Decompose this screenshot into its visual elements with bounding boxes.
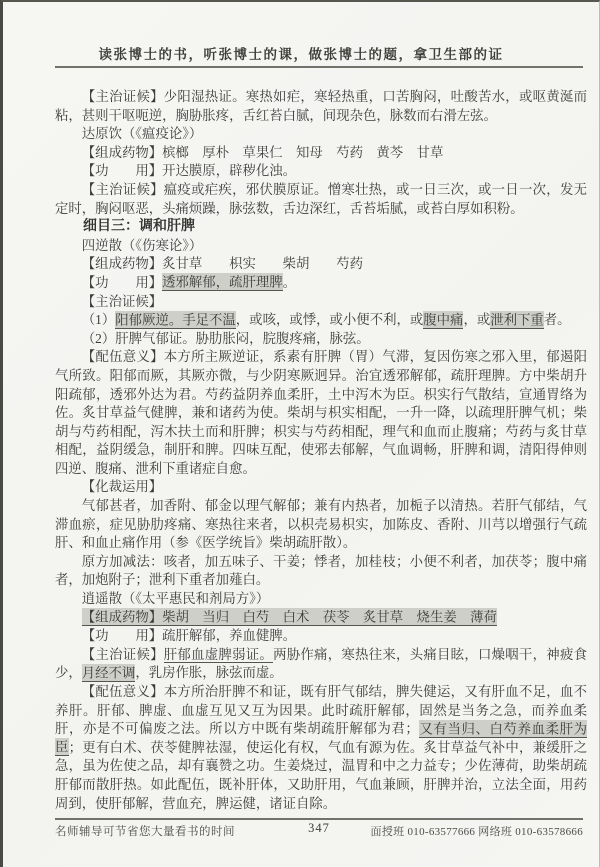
indication-xiaoyaosan: 【主治证候】肝郁血虚脾弱证。两胁作痛，寒热往来，头痛目眩，口燥咽干，神疲食少，月… [55, 646, 587, 683]
formula-title-dayuanyin: 达原饮（《瘟疫论》） [55, 125, 587, 144]
indication-label-sinisan: 【主治证候】 [55, 293, 587, 312]
text-run: 【功 用】疏肝解郁，养血健脾。 [82, 628, 296, 643]
highlighted-text: 【组成药物】柴胡 当归 白芍 白术 茯苓 炙甘草 烧生姜 薄荷 [82, 608, 497, 626]
text-run: 者。 [544, 312, 571, 327]
footer-row: 名师辅导可节省您大量看书的时间 347 面授班 010-63577666 网络班… [55, 820, 583, 839]
page-header: 读张博士的书，听张博士的课，做张博士的题，拿卫生部的证 [3, 2, 599, 68]
text-run: 。 [283, 275, 296, 290]
text-run: 【化裁运用】 [82, 479, 162, 494]
scanned-book-page: 读张博士的书，听张博士的课，做张博士的题，拿卫生部的证 【主治证候】少阳湿热证。… [0, 0, 600, 867]
text-run: 达原饮（《瘟疫论》） [82, 126, 203, 141]
text-run: 【功 用】开达膜原，辟秽化浊。 [82, 163, 296, 178]
text-run: 【主治证候】 [82, 647, 164, 662]
text-run: ，或 [463, 312, 490, 327]
text-run: 【配伍意义】本方所主厥逆证，系素有肝脾（胃）气滞，复因伤寒之邪入里，郁遏阳气所致… [55, 349, 587, 476]
text-run: （1） [82, 312, 115, 327]
function-sinisan: 【功 用】透邪解郁，疏肝理脾。 [55, 274, 587, 293]
text-run: 【主治证候】瘟疫或疟疾，邪伏膜原证。憎寒壮热，或一日三次，或一日一次，发无定时，… [55, 182, 587, 216]
underlined-text: 肝郁血虚脾弱证。 [164, 647, 273, 664]
header-slogan: 读张博士的书，听张博士的课，做张博士的题，拿卫生部的证 [3, 43, 599, 63]
highlighted-text: 月经不调 [82, 664, 136, 682]
page-footer: 名师辅导可节省您大量看书的时间 347 面授班 010-63577666 网络班… [3, 818, 599, 839]
text-run: 逍遥散（《太平惠民和剂局方》） [82, 591, 269, 606]
text-run: 四逆散（《伤寒论》） [82, 238, 203, 253]
highlighted-text: 透邪解郁，疏肝理脾 [162, 273, 283, 291]
text-run: 【功 用】 [82, 275, 162, 290]
compatibility-xiaoyaosan: 【配伍意义】本方所治肝脾不和证，既有肝气郁结，脾失健运，又有肝血不足，血不养肝。… [55, 683, 587, 813]
modification-sinisan-1: 气郁甚者，加香附、郁金以理气解郁；兼有内热者，加栀子以清热。若肝气郁结，气滞血瘀… [55, 497, 587, 553]
page-body: 【主治证候】少阳湿热证。寒热如疟，寒轻热重，口苦胸闷，吐酸苦水，或呕黄涎而粘，甚… [55, 88, 587, 813]
page-number: 347 [55, 821, 583, 836]
text-run: ，或咳，或悸，或小便不利，或 [236, 312, 423, 327]
indication-sinisan-1: （1）阳郁厥逆。手足不温，或咳，或悸，或小便不利，或腹中痛，或泄利下重者。 [55, 311, 587, 330]
text-run: 原方加减法：咳者，加五味子、干姜；悸者，加桂枝；小便不利者，加茯苓；腹中痛者，加… [55, 554, 587, 588]
function-dayuanyin: 【功 用】开达膜原，辟秽化浊。 [55, 162, 587, 181]
text-run: 气郁甚者，加香附、郁金以理气解郁；兼有内热者，加栀子以清热。若肝气郁结，气滞血瘀… [55, 498, 587, 550]
text-run: ，乳房作胀，脉弦而虚。 [135, 665, 282, 680]
text-run: 【组成药物】炙甘草 枳实 柴胡 芍药 [82, 256, 363, 271]
section-heading-item3: 细目三：调和肝脾 [55, 218, 587, 237]
formula-title-sinisan: 四逆散（《伤寒论》） [55, 237, 587, 256]
indication-sinisan-2: （2）肝脾气郁证。胁肋胀闷，脘腹疼痛，脉弦。 [55, 330, 587, 349]
highlighted-text: 阳郁厥逆。手足不温 [115, 311, 236, 329]
modification-sinisan-2: 原方加减法：咳者，加五味子、干姜；悸者，加桂枝；小便不利者，加茯苓；腹中痛者，加… [55, 553, 587, 590]
text-run: 细目三：调和肝脾 [83, 219, 195, 234]
text-run: （2）肝脾气郁证。胁肋胀闷，脘腹疼痛，脉弦。 [82, 331, 370, 346]
modification-label-sinisan: 【化裁运用】 [55, 478, 587, 497]
function-xiaoyaosan: 【功 用】疏肝解郁，养血健脾。 [55, 627, 587, 646]
header-rule [55, 66, 583, 68]
highlighted-text: 泄利下重 [490, 311, 544, 329]
text-run: 【主治证候】少阳湿热证。寒热如疟，寒轻热重，口苦胸闷，吐酸苦水，或呕黄涎而粘，甚… [55, 89, 587, 123]
indication-dayuanyin: 【主治证候】瘟疫或疟疾，邪伏膜原证。憎寒壮热，或一日三次，或一日一次，发无定时，… [55, 181, 587, 218]
text-run: ；更有白术、茯苓健脾祛湿，使运化有权，气血有源为佐。炙甘草益气补中，兼缓肝之急，… [55, 740, 587, 811]
text-run: 【主治证候】 [82, 294, 162, 309]
composition-xiaoyaosan: 【组成药物】柴胡 当归 白芍 白术 茯苓 炙甘草 烧生姜 薄荷 [55, 609, 587, 628]
formula-title-xiaoyaosan: 逍遥散（《太平惠民和剂局方》） [55, 590, 587, 609]
composition-dayuanyin: 【组成药物】槟榔 厚朴 草果仁 知母 芍药 黄芩 甘草 [55, 144, 587, 163]
text-run: 【组成药物】槟榔 厚朴 草果仁 知母 芍药 黄芩 甘草 [82, 145, 444, 160]
compatibility-sinisan: 【配伍意义】本方所主厥逆证，系素有肝脾（胃）气滞，复因伤寒之邪入里，郁遏阳气所致… [55, 348, 587, 478]
composition-sinisan: 【组成药物】炙甘草 枳实 柴胡 芍药 [55, 255, 587, 274]
indication-paragraph: 【主治证候】少阳湿热证。寒热如疟，寒轻热重，口苦胸闷，吐酸苦水，或呕黄涎而粘，甚… [55, 88, 587, 125]
highlighted-text: 腹中痛 [423, 311, 463, 329]
